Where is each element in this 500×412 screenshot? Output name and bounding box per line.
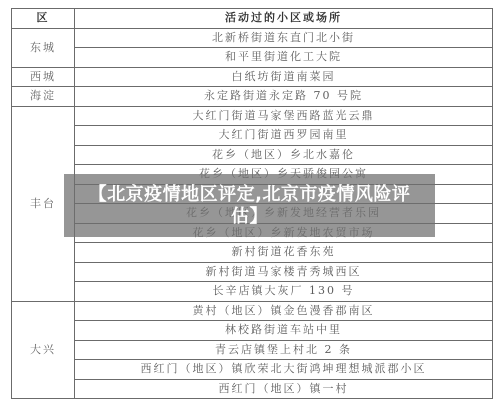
place-cell: 白纸坊街道南菜园: [75, 67, 493, 87]
place-cell: 和平里街道化工大院: [75, 48, 493, 68]
overlay-title: 【北京疫情地区评定,北京市疫情风险评估】: [80, 184, 420, 228]
place-cell: 黄村（地区）镇金色漫香郡南区: [75, 301, 493, 321]
district-cell: 海淀: [12, 87, 75, 107]
district-cell: 东城: [12, 28, 75, 67]
table-row: 大兴 黄村（地区）镇金色漫香郡南区: [12, 301, 493, 321]
table-header-row: 区 活动过的小区或场所: [12, 9, 493, 29]
header-district: 区: [12, 9, 75, 29]
place-cell: 青云店镇堡上村北 2 条: [75, 340, 493, 360]
table-row: 西城 白纸坊街道南菜园: [12, 67, 493, 87]
title-overlay-banner: 【北京疫情地区评定,北京市疫情风险评估】: [64, 174, 435, 237]
table-row: 西红门（地区）镇一村: [12, 379, 493, 399]
table-row: 大红门街道西罗园南里: [12, 126, 493, 146]
place-cell: 大红门街道西罗园南里: [75, 126, 493, 146]
table-row: 东城 北新桥街道东直门北小街: [12, 28, 493, 48]
place-cell: 新村街道马家楼青秀城西区: [75, 262, 493, 282]
table-row: 海淀 永定路街道永定路 70 号院: [12, 87, 493, 107]
table-row: 西红门（地区）镇欣荣北大街鸿坤理想城派郡小区: [12, 360, 493, 380]
header-places: 活动过的小区或场所: [75, 9, 493, 29]
district-cell: 西城: [12, 67, 75, 87]
place-cell: 新村街道花香东苑: [75, 243, 493, 263]
table-row: 新村街道马家楼青秀城西区: [12, 262, 493, 282]
table-row: 长辛店镇大灰厂 130 号: [12, 282, 493, 302]
table-row: 丰台 大红门街道马家堡西路蓝光云鼎: [12, 106, 493, 126]
table-row: 林校路街道车站中里: [12, 321, 493, 341]
place-cell: 北新桥街道东直门北小街: [75, 28, 493, 48]
table-row: 和平里街道化工大院: [12, 48, 493, 68]
table-row: 花乡（地区）乡北水嘉伦: [12, 145, 493, 165]
table-row: 青云店镇堡上村北 2 条: [12, 340, 493, 360]
place-cell: 西红门（地区）镇一村: [75, 379, 493, 399]
table-row: 新村街道花香东苑: [12, 243, 493, 263]
place-cell: 大红门街道马家堡西路蓝光云鼎: [75, 106, 493, 126]
place-cell: 长辛店镇大灰厂 130 号: [75, 282, 493, 302]
place-cell: 林校路街道车站中里: [75, 321, 493, 341]
place-cell: 西红门（地区）镇欣荣北大街鸿坤理想城派郡小区: [75, 360, 493, 380]
place-cell: 永定路街道永定路 70 号院: [75, 87, 493, 107]
district-cell: 大兴: [12, 301, 75, 399]
place-cell: 花乡（地区）乡北水嘉伦: [75, 145, 493, 165]
